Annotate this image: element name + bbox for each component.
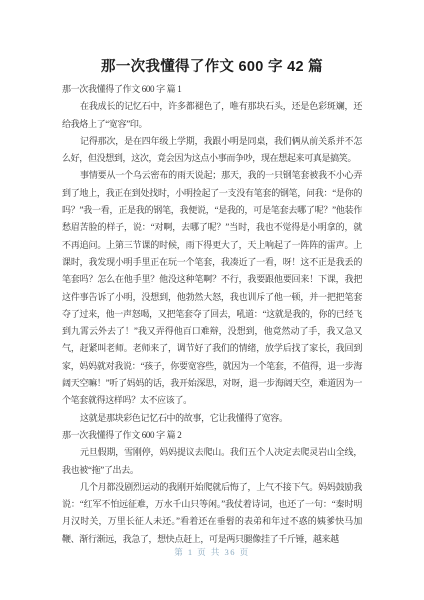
section-1-heading: 那一次我懂得了作文 600 字 篇 1: [62, 81, 362, 98]
essay-section-1: 那一次我懂得了作文 600 字 篇 1 在我成长的记忆石中，许多都褪色了，唯有那…: [62, 81, 362, 427]
section-1-paragraph-4: 这就是那块彩色记忆石中的故事，它让我懂得了宽容。: [62, 410, 362, 427]
page-indicator: 第 1 页 共 36 页: [174, 547, 249, 557]
section-2-paragraph-2: 几个月都没剧烈运动的我刚开始爬就后悔了，上气不接下气。妈妈鼓励我说：“红军不怕远…: [62, 479, 362, 548]
section-1-paragraph-2: 记得那次，是在四年级上学期，我跟小明是同桌，我们俩从前关系并不怎么好，但没想到，…: [62, 133, 362, 168]
document-title: 那一次我懂得了作文 600 字 42 篇: [0, 0, 424, 78]
page-footer: 第 1 页 共 36 页: [0, 546, 424, 558]
document-body: 那一次我懂得了作文 600 字 篇 1 在我成长的记忆石中，许多都褪色了，唯有那…: [62, 81, 362, 548]
section-1-paragraph-1: 在我成长的记忆石中，许多都褪色了，唯有那块石头，还是色彩斑斓，还给我烙上了“宽容…: [62, 98, 362, 133]
document-page: 那一次我懂得了作文 600 字 42 篇 那一次我懂得了作文 600 字 篇 1…: [0, 0, 424, 600]
section-2-heading: 那一次我懂得了作文 600 字 篇 2: [62, 427, 362, 444]
essay-section-2: 那一次我懂得了作文 600 字 篇 2 元旦假期，雪刚停，妈妈提议去爬山。我们五…: [62, 427, 362, 548]
section-2-paragraph-1: 元旦假期，雪刚停，妈妈提议去爬山。我们五个人决定去爬灵岩山全线，我也被“拖”了出…: [62, 444, 362, 479]
section-1-paragraph-3: 事情要从一个乌云密布的雨天说起；那天，我的一只钢笔套被我不小心弄到了地上，我正在…: [62, 167, 362, 409]
